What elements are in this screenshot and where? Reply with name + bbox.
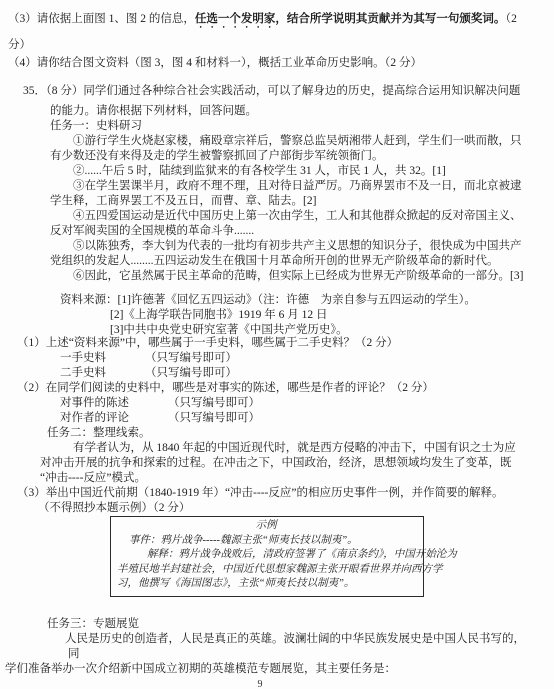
sub-question-3-line2: （不得照抄本题示例）（2 分）	[0, 501, 554, 516]
q34-part3-line1: （3）请依据上面图 1、图 2 的信息，任选一个发明家，结合所学说明其贡献并为其…	[0, 12, 554, 31]
sub-question-1-item-a: 一手史料（只写编号即可）	[0, 351, 554, 366]
sub-question-2-item-a: 对事件的陈述（只写编号即可）	[0, 396, 554, 411]
material-1-line1: ①游行学生火烧赵家楼，痛殴章宗祥后，警察总监吴炳湘带人赶到，学生们一哄而散，只	[0, 134, 554, 149]
page-number: 9	[0, 679, 520, 689]
sub1-b-label: 二手史料	[60, 367, 106, 379]
sub-question-1-item-b: 二手史料（只写编号即可）	[0, 366, 554, 381]
example-box-event-line: 事件：鸦片战争-----魏源主张“师夷长技以制夷”。	[117, 534, 415, 549]
material-6-line: ⑥因此，它虽然属于民主革命的范畴，但实际上已经成为世界无产阶级革命的一部分。[3…	[0, 269, 554, 284]
sub2-b-hint: （只写编号即可）	[168, 412, 260, 424]
task2-para-line2: 对冲击开展的抗争和探索的过程。在冲击之下，中国政治，经济，思想领域均发生了变革，…	[0, 456, 554, 471]
q34-part3-bold-text: ，结合所学说明其贡献并为其写一句颁奖词。	[275, 13, 505, 25]
material-5-line2: 党组织的发起人........五四运动发生在俄国十月革命所开创的世界无产阶级革命…	[0, 254, 554, 269]
sub-question-3-line1: （3）举出中国近代前期（1840-1919 年）“冲击----反应”的相应历史事…	[0, 486, 554, 501]
example-box-explain-line1: 解释：鸦片战争战败后，清政府签署了《南京条约》，中国开始沦为	[117, 548, 415, 563]
q34-part3-line2: 分）	[0, 38, 554, 53]
sources-line2: [2]《上海学联告同胞书》1919 年 6 月 12 日	[0, 308, 554, 323]
material-2-line: ②......午后 5 时，陆续到监狱来的有各校学生 31 人，市民 1 人，共…	[0, 164, 554, 179]
sub-question-2-item-b: 对作者的评论（只写编号即可）	[0, 411, 554, 426]
q35-task3-heading: 任务三：专题展览	[0, 617, 554, 632]
example-box-explain-line3: 习，他撰写《海国图志》，主张“师夷长技以制夷”。	[117, 577, 415, 592]
task2-para-line3: “冲击----反应”模式。	[0, 471, 554, 486]
material-1-line2: 有少数还没有来得及走的学生被警察抓回了户部街步军统领衙门。	[0, 149, 554, 164]
task3-para-line3: 学们准备举办一次介绍新中国成立初期的英雄模范专题展览，其主要任务是：	[0, 662, 554, 677]
sub1-b-hint: （只写编号即可）	[145, 367, 237, 379]
task2-para-line1: 有学者认为，从 1840 年起的中国近现代时，就是西方侵略的冲击下，中国有识之士…	[0, 441, 554, 456]
material-3-line2: 学生释，工商界罢工不及五日，而曹、章、陆去。[2]	[0, 194, 554, 209]
sub-question-2: （2）在同学们阅读的史料中，哪些是对事实的陈述，哪些是作者的评论？（2 分）	[0, 381, 554, 396]
material-4-line1: ④五四爱国运动是近代中国历史上第一次由学生，工人和其他群众掀起的反对帝国主义、	[0, 209, 554, 224]
example-box-title: 示例	[117, 519, 415, 534]
q35-stem-line2: 的能力。请你根据下列材料，回答问题。	[0, 104, 554, 119]
material-4-line2: 反对军阀卖国的全国规模的革命斗争.......	[0, 224, 554, 239]
sub1-a-hint: （只写编号即可）	[145, 352, 237, 364]
example-box: 示例 事件：鸦片战争-----魏源主张“师夷长技以制夷”。 解释：鸦片战争战败后…	[110, 516, 424, 597]
exam-page: （3）请依据上面图 1、图 2 的信息，任选一个发明家，结合所学说明其贡献并为其…	[0, 0, 554, 689]
material-3-line1: ③在学生罢课半月，政府不理不理，且对待日益严厉。乃商界罢市不及一日，而北京被逮	[0, 179, 554, 194]
sub2-a-label: 对事件的陈述	[60, 397, 129, 409]
sub-question-1: （1）上述“资料来源”中，哪些属于一手史料，哪些属于二手史料？（2 分）	[0, 336, 554, 351]
task3-para-line1: 人民是历史的创造者，人民是真正的英雄。波澜壮阔的中华民族发展史是中国人民书写的，	[0, 632, 554, 647]
q34-part4-line: （4）请你结合图文资料（图 3，图 4 和材料一），概括工业革命历史影响。（2 …	[0, 56, 554, 71]
q34-part3-prefix: （3）请依据上面图 1、图 2 的信息，	[8, 13, 195, 25]
q34-part3-score-open: （2	[505, 13, 517, 25]
sources-line1: 资料来源：[1]许德著《回忆五四运动》（注：许德 为亲自参与五四运动的学生）。	[0, 293, 554, 308]
sub2-b-label: 对作者的评论	[60, 412, 129, 424]
task3-para-line2: 同	[0, 647, 554, 662]
q35-task1-heading: 任务一：史料研习	[0, 119, 554, 134]
q35-task2-heading: 任务二：整理线索。	[0, 426, 554, 441]
q35-stem-line1: 35．（8 分）同学们通过各种综合社会实践活动，可以了解身边的历史，提高综合运用…	[0, 84, 554, 99]
q34-part3-emphasized-text: 任选一个发明家	[195, 13, 276, 25]
sub2-a-hint: （只写编号即可）	[168, 397, 260, 409]
material-5-line1: ⑤以陈独秀，李大钊为代表的一批均有初步共产主义思想的知识分子，很快成为中国共产	[0, 239, 554, 254]
example-box-explain-line2: 半殖民地半封建社会，中国近代思想家魏源主张开眼看世界并向西方学	[117, 563, 415, 578]
sub1-a-label: 一手史料	[60, 352, 106, 364]
